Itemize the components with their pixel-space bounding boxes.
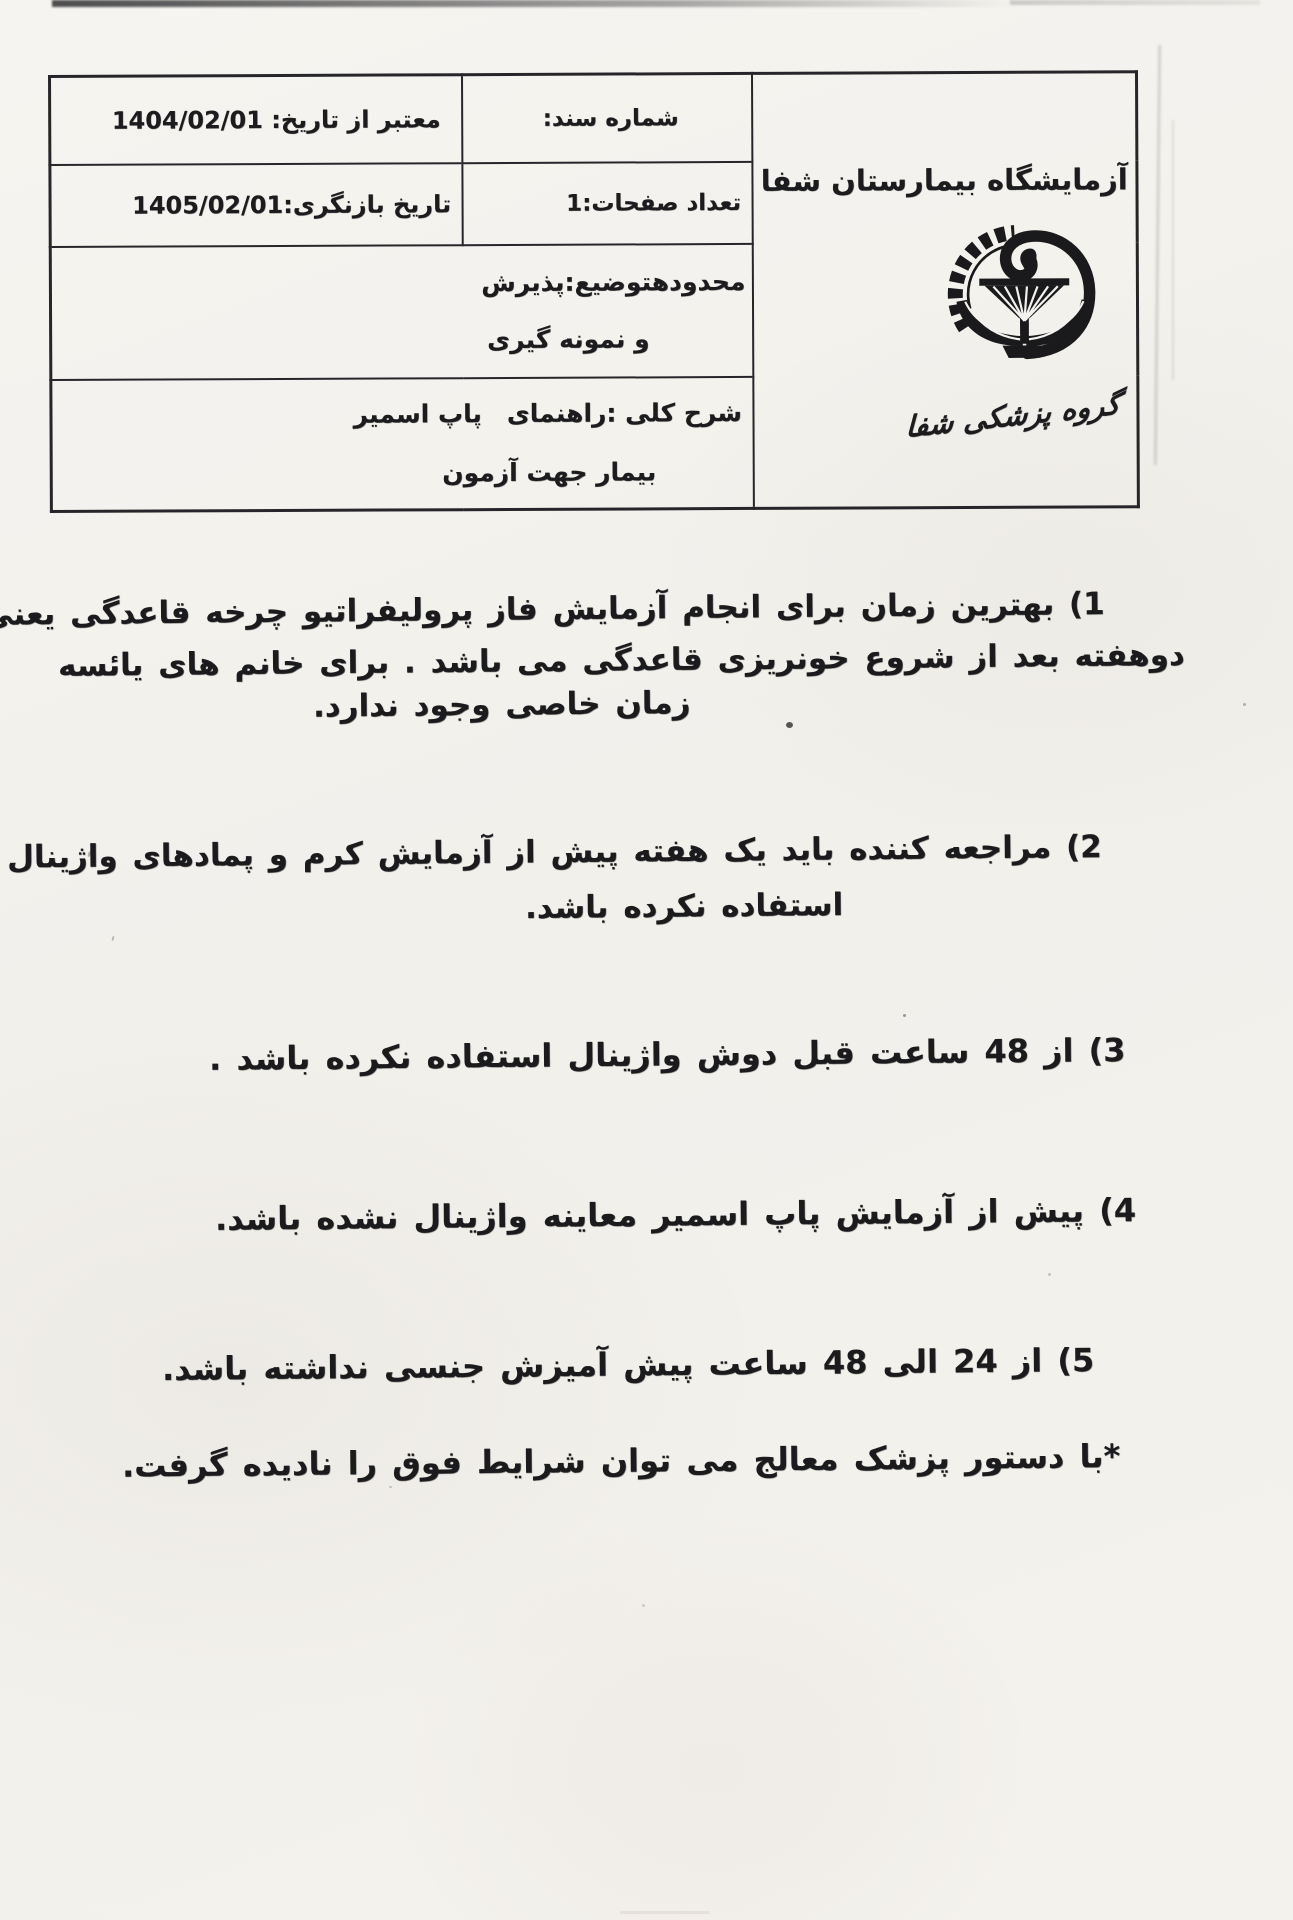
revision-date-cell: تاریخ بازنگری:1405/02/01: [50, 163, 462, 247]
instruction-item-1-line-1: 1) بهترین زمان برای انجام آزمایش فاز پرو…: [0, 586, 1105, 633]
distribution-scope-line2: و نمونه گیری: [52, 324, 752, 356]
valid-from-value: معتبر از تاریخ: 1404/02/01: [51, 105, 461, 135]
ink-speck: [111, 936, 114, 941]
logo-caption: گروه پزشکی شفا: [935, 386, 1121, 441]
instruction-item-3: 3) از 48 ساعت قبل دوش واژینال استفاده نک…: [208, 1031, 1125, 1078]
pages-count-label: تعداد صفحات:1: [463, 189, 751, 216]
organization-cell: آزمایشگاه بیمارستان شفا: [751, 72, 1138, 509]
instruction-item-4: 4) پیش از آزمایش پاپ اسمیر معاینه واژینا…: [215, 1191, 1136, 1238]
general-description-cell: شرح کلی :راهنمای پاپ اسمیر بیمار جهت آزم…: [51, 376, 754, 511]
medical-emblem-snake-cup-wheat-icon: [936, 216, 1119, 389]
valid-from-cell: معتبر از تاریخ: 1404/02/01: [50, 75, 462, 165]
paper-crease-artifact: [1154, 45, 1161, 465]
ink-speck: [1243, 703, 1246, 706]
scan-smudge: [620, 1911, 710, 1914]
instruction-item-5: 5) از 24 الی 48 ساعت پیش آمیزش جنسی نداش…: [162, 1341, 1094, 1388]
paper-crease-artifact: [1172, 120, 1174, 380]
organization-title: آزمایشگاه بیمارستان شفا: [753, 162, 1136, 198]
ink-speck: [642, 1604, 645, 1607]
scan-edge-artifact: [1010, 0, 1260, 5]
ink-speck: [389, 1486, 392, 1488]
document-header-table: آزمایشگاه بیمارستان شفا: [48, 70, 1140, 513]
pages-count-cell: تعداد صفحات:1: [462, 161, 752, 244]
hospital-logo: گروه پزشکی شفا: [934, 216, 1121, 431]
revision-date-value: تاریخ بازنگری:1405/02/01: [52, 190, 462, 220]
scan-edge-artifact: [52, 0, 1012, 7]
distribution-scope-line1: محدودهتوضیع:پذیرش: [52, 267, 752, 299]
scanned-document-page: آزمایشگاه بیمارستان شفا: [0, 0, 1293, 1920]
instruction-item-1-line-3: زمان خاصی وجود ندارد.: [312, 685, 690, 725]
general-description-line2: بیمار جهت آزمون: [53, 457, 753, 489]
distribution-scope-cell: محدودهتوضیع:پذیرش و نمونه گیری: [50, 243, 753, 379]
instruction-item-2-line-1: 2) مراجعه کننده باید یک هفته پیش از آزما…: [7, 829, 1102, 876]
footnote-line: *با دستور پزشک معالج می توان شرایط فوق ر…: [122, 1437, 1121, 1485]
ink-speck: [903, 1014, 906, 1017]
instruction-item-1-line-2: دوهفته بعد از شروع خونریزی قاعدگی می باش…: [58, 637, 1185, 684]
ink-speck: [786, 722, 793, 728]
instruction-item-2-line-2: استفاده نکرده باشد.: [525, 887, 843, 926]
doc-number-cell: شماره سند:: [462, 73, 752, 162]
ink-speck: [1048, 1273, 1051, 1276]
general-description-line1: شرح کلی :راهنمای پاپ اسمیر: [52, 398, 752, 430]
doc-number-label: شماره سند:: [463, 105, 751, 132]
